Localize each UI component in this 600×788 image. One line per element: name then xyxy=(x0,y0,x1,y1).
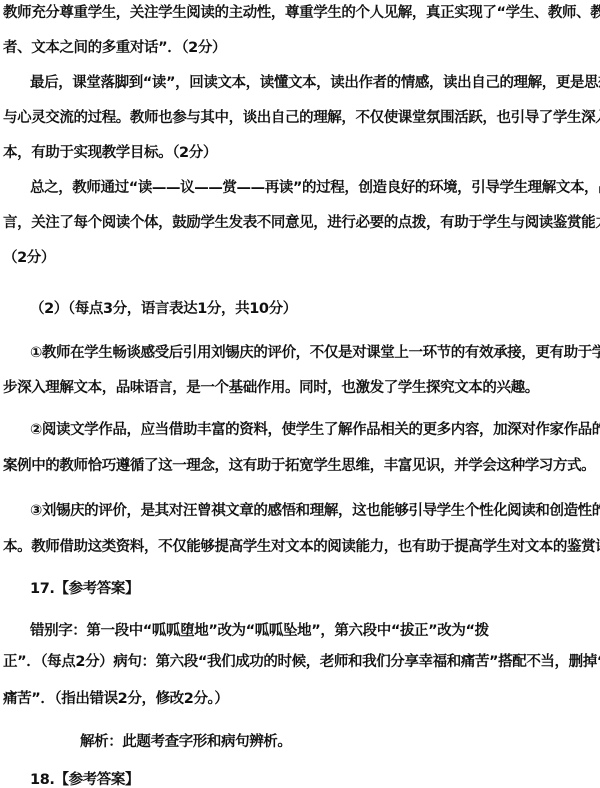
text-line: 步深入理解文本，品味语言，是一个基础作用。同时，也激发了学生探究文本的兴趣。 xyxy=(3,379,539,397)
text-line: 痛苦”．（指出错误2分，修改2分。） xyxy=(3,690,229,708)
text-line: ③刘锡庆的评价，是其对汪曾祺文章的感悟和理解，这也能够引导学生个性化阅读和创造性… xyxy=(30,502,600,520)
analysis-line: 解析：此题考查字形和病句辨析。 xyxy=(80,733,292,751)
text-line: 错别字：第一段中“呱呱堕地”改为“呱呱坠地”，第六段中“拔正”改为“拨 xyxy=(30,622,489,640)
document-page: 教师充分尊重学生，关注学生阅读的主动性，尊重学生的个人见解，真正实现了“学生、教… xyxy=(0,0,600,788)
text-line: 教师充分尊重学生，关注学生阅读的主动性，尊重学生的个人见解，真正实现了“学生、教… xyxy=(3,4,600,22)
question-heading-17: 17.【参考答案】 xyxy=(30,580,139,598)
text-line: 本，有助于实现教学目标。（2分） xyxy=(3,144,217,162)
text-line: ①教师在学生畅谈感受后引用刘锡庆的评价，不仅是对课堂上一环节的有效承接，更有助于… xyxy=(30,344,600,362)
text-line: 者、文本之间的多重对话”．（2分） xyxy=(3,39,226,57)
text-line: 言，关注了每个阅读个体，鼓励学生发表不同意见，进行必要的点拨，有助于学生与阅读鉴… xyxy=(3,214,600,232)
question-heading-18: 18.【参考答案】 xyxy=(30,771,139,788)
text-line: 与心灵交流的过程。教师也参与其中，谈出自己的理解，不仅使课堂氛围活跃，也引导了学… xyxy=(3,109,600,127)
text-line: 案例中的教师恰巧遵循了这一理念，这有助于拓宽学生思维，丰富见识，并学会这种学习方… xyxy=(3,457,595,475)
section-heading: （2）（每点3分，语言表达1分，共10分） xyxy=(30,300,297,318)
text-line: 最后，课堂落脚到“读”，回读文本，读懂文本，读出作者的情感，读出自己的理解，更是… xyxy=(30,74,600,92)
text-line: （2分） xyxy=(3,249,55,267)
text-line: 本。教师借助这类资料，不仅能够提高学生对文本的阅读能力，也有助于提高学生对文本的… xyxy=(3,538,600,556)
text-line: 总之，教师通过“读——议——赏——再读”的过程，创造良好的环境，引导学生理解文本… xyxy=(30,179,600,197)
text-line: ②阅读文学作品，应当借助丰富的资料，使学生了解作品相关的更多内容，加深对作家作品… xyxy=(30,421,600,439)
text-line: 正”．（每点2分）病句：第六段“我们成功的时候，老师和我们分享幸福和痛苦”搭配不… xyxy=(3,653,600,671)
